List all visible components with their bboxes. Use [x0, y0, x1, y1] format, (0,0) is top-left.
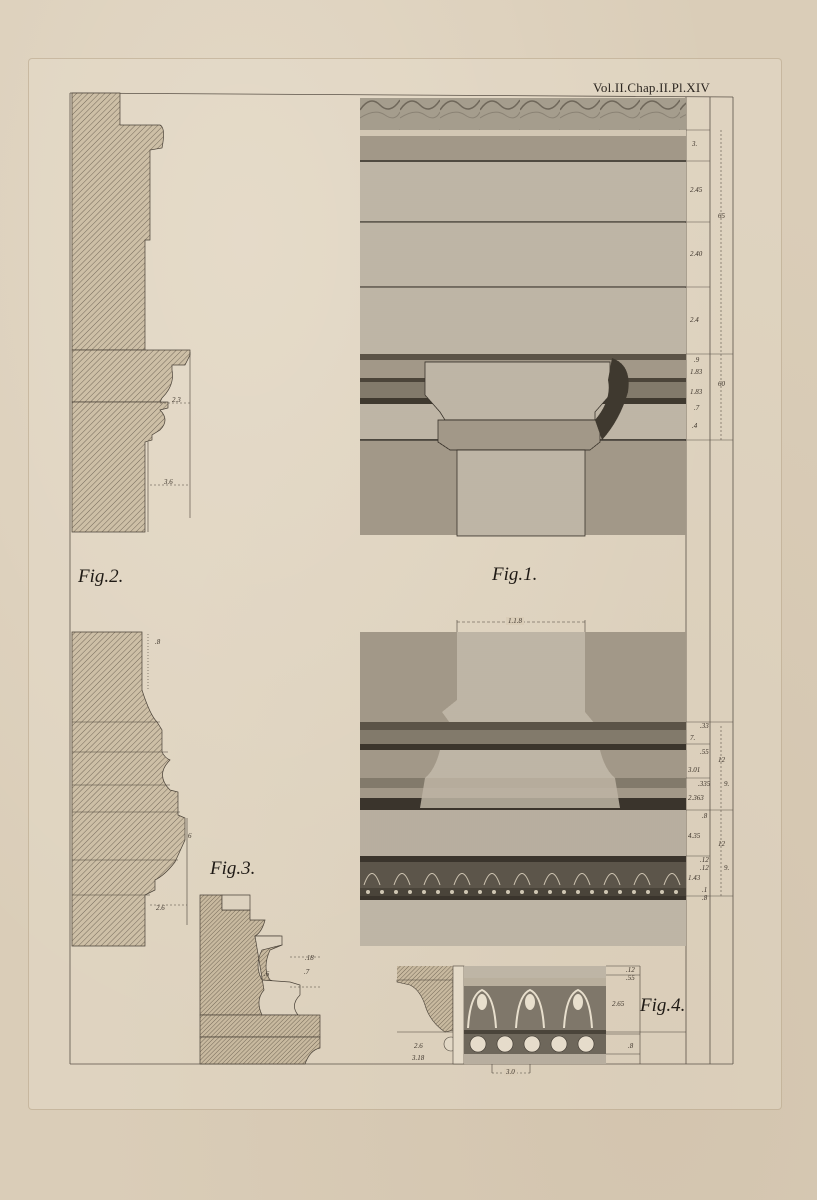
fig1-bottom-elevation [360, 620, 686, 946]
dimension-label: .12 [626, 966, 635, 974]
dimension-label: 3. [692, 140, 697, 148]
fig1-top-elevation [360, 98, 686, 536]
dimension-label: 2.40 [690, 250, 702, 258]
dimension-label: .1 [702, 886, 707, 894]
dimension-label: 7. [690, 734, 695, 742]
fig2-cornice-profile [72, 93, 190, 532]
dimension-label: .12 [700, 864, 709, 872]
dimension-label: 2.65 [612, 1000, 624, 1008]
dimension-label: .18 [305, 954, 314, 962]
dimension-label: 1.83 [690, 368, 702, 376]
dimension-label: .7 [694, 404, 699, 412]
dimension-label: 3.0 [504, 1068, 517, 1076]
dimension-label: 2.6 [414, 1042, 423, 1050]
fig2-label: Fig.2. [78, 566, 123, 588]
dimension-total: 12 [718, 840, 725, 848]
dimension-label: 2.6 [156, 904, 165, 912]
dimension-label: .335 [698, 780, 710, 788]
dimension-label: .55 [626, 974, 635, 982]
dimension-label: .8 [702, 894, 707, 902]
fig3-label: Fig.3. [210, 858, 255, 880]
dimension-label: 2.3 [172, 396, 181, 404]
dimension-label: 1.43 [688, 874, 700, 882]
fig2-base-profile [72, 632, 187, 946]
fig4-detail [397, 966, 686, 1073]
dimension-label: .4 [692, 422, 697, 430]
dimension-total: 12 [718, 756, 725, 764]
dimension-label: .33 [700, 722, 709, 730]
dimension-label: .12 [700, 856, 709, 864]
dimension-label: 1.83 [690, 388, 702, 396]
dimension-label: 3.18 [412, 1054, 424, 1062]
dimension-total: 65 [718, 212, 725, 220]
dimension-label: .6 [264, 970, 269, 978]
engraving [0, 0, 817, 1200]
dimension-total: 60 [718, 380, 725, 388]
dimension-label: 3.6 [164, 478, 173, 486]
dimension-label: 3.01 [688, 766, 700, 774]
dimension-total: 9. [724, 864, 729, 872]
dimension-label: .8 [155, 638, 160, 646]
fig3-profile [200, 895, 322, 1064]
dimension-label: .7 [304, 968, 309, 976]
dimension-label: .9 [694, 356, 699, 364]
dimension-label: .8 [628, 1042, 633, 1050]
fig1-label: Fig.1. [492, 564, 537, 586]
dimension-label: 2.363 [688, 794, 704, 802]
dimension-label: .55 [700, 748, 709, 756]
dimension-label: 6 [188, 832, 192, 840]
dimension-label: 4.35 [688, 832, 700, 840]
dimension-label: 2.45 [690, 186, 702, 194]
pilaster-width-label: 1.1.8 [506, 617, 524, 625]
dimension-total: 9. [724, 780, 729, 788]
dimension-label: 2.4 [690, 316, 699, 324]
fig4-label: Fig.4. [640, 995, 685, 1017]
dimension-label: .8 [702, 812, 707, 820]
